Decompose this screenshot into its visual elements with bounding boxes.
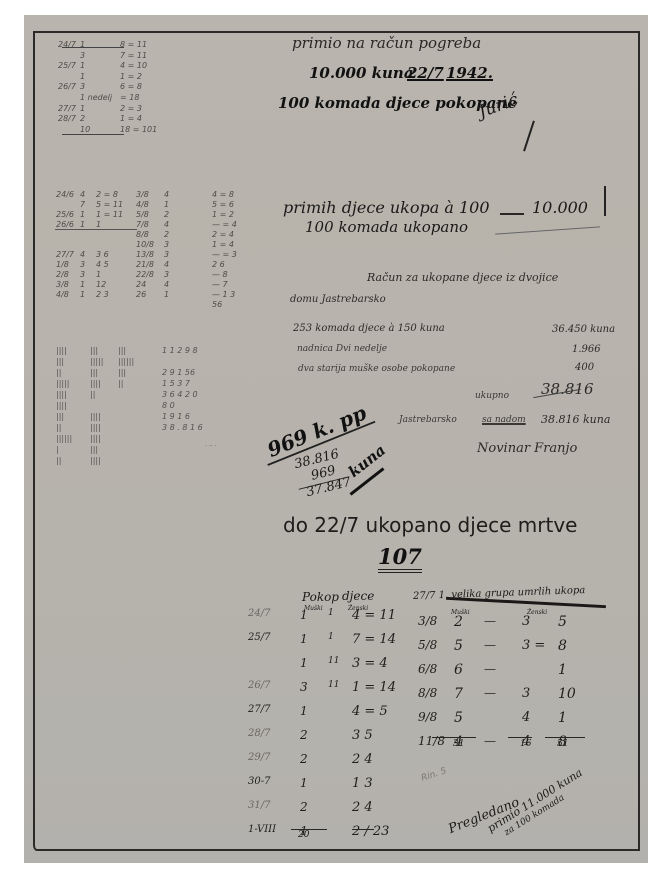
table-cell: — — [484, 686, 496, 700]
invoice-recipient: domu Jastrebarsko — [290, 294, 386, 305]
table-row: |||||| — [56, 455, 222, 466]
table-row: 24/7114 = 11 — [248, 608, 418, 632]
table-cell: 3 = 4 — [352, 656, 388, 671]
table-cell: | — [56, 444, 90, 455]
table-row: 1/834 521/842 6 — [56, 260, 262, 270]
invoice-received-prefix: Jastrebarsko — [399, 415, 457, 425]
table-row: |||| — [56, 444, 222, 455]
table-cell — [80, 300, 96, 310]
table-cell: 10/8 — [136, 240, 164, 250]
left-table-middle: 24/642 = 83/844 = 875 = 114/815 = 625/61… — [56, 190, 262, 310]
table-cell — [58, 93, 80, 104]
table-cell: 25/7 — [248, 632, 270, 643]
table-cell: 2/8 — [56, 270, 80, 280]
table-row: 29/722 4 — [248, 752, 418, 776]
table-cell: 31/7 — [248, 800, 270, 811]
table-cell: 2 — [300, 800, 308, 814]
table-cell — [96, 240, 136, 250]
table-cell: 3 6 4 2 0 — [162, 389, 222, 400]
left-table-top-rule — [62, 47, 124, 48]
table-row: 31/722 4 — [248, 800, 418, 824]
table-cell: 3 — [164, 240, 212, 250]
table-cell: 1 — [300, 776, 308, 790]
table-cell: 2 — [164, 230, 212, 240]
table-cell — [164, 300, 212, 310]
table-cell — [118, 455, 162, 466]
table-cell: 8 0 — [162, 400, 222, 411]
table-cell: 5 = 11 — [96, 200, 136, 210]
table-cell: 5/8 — [136, 210, 164, 220]
table-cell: 5 = 6 — [212, 200, 262, 210]
table-cell: — — [484, 734, 496, 748]
table-cell: 1 — [80, 280, 96, 290]
table-cell — [56, 200, 80, 210]
table-cell: 3/8 — [136, 190, 164, 200]
table-cell: — 7 — [212, 280, 262, 290]
table-cell: 12 — [96, 280, 136, 290]
table-cell: 1 1 2 9 8 — [162, 345, 222, 356]
table-row: 26/736 = 8 — [58, 82, 160, 93]
table-cell: 2 = 8 — [96, 190, 136, 200]
table-cell: 3/8 — [56, 280, 80, 290]
invoice-item-label: dva starija muške osobe pokopane — [298, 364, 455, 374]
table-cell: 2 — [454, 614, 463, 630]
table-cell: 1 — [96, 270, 136, 280]
table-row: 1-VIII12 / 23 — [248, 824, 418, 848]
table-cell: 3/8 — [418, 614, 437, 628]
second-note-tick — [604, 186, 606, 216]
faint-scribble: · ·· · — [205, 443, 216, 450]
table-row: 11 = 2 — [58, 72, 160, 83]
table-cell: 2 — [80, 114, 120, 125]
table-cell: 26/7 — [248, 680, 270, 691]
table-row: 4/812 3261— 1 3 — [56, 290, 262, 300]
table-row: 27/714 = 5 — [248, 704, 418, 728]
table-cell: 1 3 — [352, 776, 373, 791]
table-cell: 4 — [80, 250, 96, 260]
table-cell: 1 — [164, 290, 212, 300]
table-row: 24/718 = 11 — [58, 40, 160, 51]
table-cell: |||| — [56, 400, 90, 411]
table-cell: — = 3 — [212, 250, 262, 260]
table-cell — [96, 300, 136, 310]
table-cell: 1 = 2 — [120, 72, 160, 83]
table-row: 3/82—35 — [418, 614, 618, 638]
table-cell: 9/8 — [418, 710, 437, 724]
table-row: |||||||||| — [56, 433, 222, 444]
table-cell: 26/7 — [58, 82, 80, 93]
table-cell: ||| — [90, 345, 118, 356]
table-cell: 1-VIII — [248, 824, 276, 835]
summary-count: 107 — [378, 544, 422, 573]
table-cell: 7 — [80, 200, 96, 210]
table-cell — [80, 240, 96, 250]
table-row: ||||8 0 — [56, 400, 222, 411]
table-cell: 5/8 — [418, 638, 437, 652]
table-cell: 4 5 — [96, 260, 136, 270]
table-cell: 4 — [164, 280, 212, 290]
table-cell: |||| — [56, 389, 90, 400]
table-cell: |||| — [90, 411, 118, 422]
left-table-top: 24/718 = 1137 = 1125/714 = 1011 = 226/73… — [58, 40, 160, 135]
table-cell: = 18 — [120, 93, 160, 104]
table-cell: 1 — [558, 710, 567, 726]
table-row: 3/8112244— 7 — [56, 280, 262, 290]
table-cell: 30-7 — [248, 776, 270, 787]
table-cell: 13/8 — [136, 250, 164, 260]
table-cell: ||| — [56, 411, 90, 422]
table-cell: 3 — [300, 680, 308, 694]
invoice-received-word: sa nadom — [482, 415, 526, 425]
table-cell: 1 — [300, 632, 308, 646]
table-cell: 7 = 11 — [120, 51, 160, 62]
table-cell — [58, 51, 80, 62]
table-cell: 3 — [80, 51, 120, 62]
table-row: 1 nedelj= 18 — [58, 93, 160, 104]
table-row: 28/721 = 4 — [58, 114, 160, 125]
table-cell: — = 4 — [212, 220, 262, 230]
table-cell: 2 = 3 — [120, 104, 160, 115]
header-note-line1: primio na račun pogreba — [292, 34, 481, 52]
table-cell: ||||| — [90, 356, 118, 367]
table-row: ||||||||2 9 1 56 — [56, 367, 222, 378]
table-cell — [118, 400, 162, 411]
table-row: 27/712 = 3 — [58, 104, 160, 115]
table-cell: 1 = 4 — [120, 114, 160, 125]
table-cell: ||| — [90, 444, 118, 455]
table-cell: ||| — [90, 367, 118, 378]
table-cell: 4/8 — [56, 290, 80, 300]
table-cell: 21/8 — [136, 260, 164, 270]
table-cell: 2 / 23 — [352, 824, 389, 839]
table-cell: 2 — [164, 210, 212, 220]
table-cell — [56, 240, 80, 250]
table-cell — [136, 300, 164, 310]
table-cell: 4 — [164, 190, 212, 200]
right-total-rule — [432, 737, 476, 738]
burial-table-header: Pokop — [302, 590, 339, 604]
table-cell — [118, 444, 162, 455]
table-cell: 8/8 — [418, 686, 437, 700]
second-note-dash — [500, 213, 524, 215]
table-cell: || — [56, 422, 90, 433]
table-cell: 1 5 3 7 — [162, 378, 222, 389]
table-cell: 7 = 14 — [352, 632, 396, 647]
table-cell: 5 — [454, 710, 463, 726]
table-cell: || — [56, 367, 90, 378]
table-cell: |||| — [90, 433, 118, 444]
table-cell: ||| — [118, 345, 162, 356]
table-cell: 4 — [164, 260, 212, 270]
table-cell: || — [90, 389, 118, 400]
table-cell: 1 = 2 — [212, 210, 262, 220]
header-note-year: 1942. — [446, 64, 493, 82]
table-cell: 1 — [80, 40, 120, 51]
table-cell: 11 — [328, 680, 339, 690]
table-cell: 4 — [80, 190, 96, 200]
table-cell: 2 3 — [96, 290, 136, 300]
table-cell: 6/8 — [418, 662, 437, 676]
invoice-item-label: 253 komada djece à 150 kuna — [293, 323, 445, 334]
table-cell: 11 — [328, 656, 339, 666]
table-row: 30-711 3 — [248, 776, 418, 800]
table-cell: 2 9 1 56 — [162, 367, 222, 378]
table-cell — [118, 411, 162, 422]
table-cell: |||| — [90, 455, 118, 466]
table-row: 10/831 = 4 — [56, 240, 262, 250]
table-cell — [96, 230, 136, 240]
table-row: 75 = 114/815 = 6 — [56, 200, 262, 210]
table-cell: || — [56, 455, 90, 466]
table-cell: 1 = 4 — [212, 240, 262, 250]
table-cell: 2 = 4 — [212, 230, 262, 240]
table-row: 26/73111 = 14 — [248, 680, 418, 704]
table-cell — [118, 389, 162, 400]
table-cell — [80, 230, 96, 240]
burial-total-rule — [352, 829, 374, 830]
table-cell: 1 — [300, 704, 308, 718]
table-cell: 4 = 10 — [120, 61, 160, 72]
table-cell: || — [118, 378, 162, 389]
table-cell: 2 6 — [212, 260, 262, 270]
right-total-rule — [508, 737, 532, 738]
table-cell: 1 — [164, 200, 212, 210]
table-cell: 1 — [80, 104, 120, 115]
table-cell: |||||| — [56, 433, 90, 444]
table-cell: 29/7 — [248, 752, 270, 763]
table-cell — [162, 356, 222, 367]
table-row: 8/822 = 4 — [56, 230, 262, 240]
table-row: 8/87—310 — [418, 686, 618, 710]
table-cell: 24 — [136, 280, 164, 290]
table-cell: 3 — [80, 260, 96, 270]
table-row: 25/611 = 115/821 = 2 — [56, 210, 262, 220]
table-cell — [56, 300, 80, 310]
table-cell: 8 = 11 — [120, 40, 160, 51]
table-row: 1113 = 4 — [248, 656, 418, 680]
table-cell: 1 — [80, 290, 96, 300]
table-cell: 25/7 — [58, 61, 80, 72]
table-cell: 3 8 . 8 1 6 — [162, 422, 222, 433]
table-row: 37 = 11 — [58, 51, 160, 62]
table-cell: 18 = 101 — [120, 125, 160, 136]
table-row: 2/83122/83— 8 — [56, 270, 262, 280]
table-row: 25/714 = 10 — [58, 61, 160, 72]
table-cell: 56 — [212, 300, 262, 310]
table-cell: — — [484, 614, 496, 628]
table-cell: 8/8 — [136, 230, 164, 240]
table-cell: 27/7 — [58, 104, 80, 115]
left-table-top-total-rule — [62, 134, 124, 135]
summary-line: do 22/7 ukopano djece mrtve — [283, 513, 577, 537]
table-cell: 1 — [80, 210, 96, 220]
table-cell: 3 — [522, 686, 530, 701]
table-cell: 4 = 11 — [352, 608, 396, 623]
table-cell: 1 — [300, 656, 308, 670]
table-cell: 5 — [454, 638, 463, 654]
table-cell — [162, 455, 222, 466]
table-cell: 24/7 — [58, 40, 80, 51]
left-tally-table: ||||||||||1 1 2 9 8|||||||||||||||||||||… — [56, 345, 222, 466]
left-table-middle-rule — [55, 229, 137, 230]
table-cell: 3 — [80, 82, 120, 93]
table-row: 56 — [56, 300, 262, 310]
table-row: |||||||||||1 5 3 7 — [56, 378, 222, 389]
table-row: ||||||||||1 1 2 9 8 — [56, 345, 222, 356]
table-cell: 24/6 — [56, 190, 80, 200]
table-cell: — 1 3 — [212, 290, 262, 300]
table-cell: 3 6 — [96, 250, 136, 260]
table-cell: 1 — [558, 662, 567, 678]
table-cell: 2 — [300, 752, 308, 766]
table-cell: 2 — [300, 728, 308, 742]
table-cell: 8 — [558, 638, 567, 654]
table-row: 25/7117 = 14 — [248, 632, 418, 656]
table-cell: 1 9 1 6 — [162, 411, 222, 422]
table-cell: — — [484, 662, 496, 676]
invoice-item-amount: 1.966 — [572, 344, 601, 355]
table-cell: 1 — [80, 61, 120, 72]
header-note-amount: 10.000 kuna — [309, 64, 414, 82]
table-cell: 2 4 — [352, 800, 373, 815]
table-cell: 6 = 8 — [120, 82, 160, 93]
right-total-rule — [545, 737, 585, 738]
table-cell: 6 — [454, 662, 463, 678]
table-cell: 26 — [136, 290, 164, 300]
table-cell: 4 = 5 — [352, 704, 388, 719]
table-cell: 3 5 — [352, 728, 373, 743]
invoice-item-label: nadnica Dvi nedelje — [297, 344, 387, 354]
table-cell: ||| — [118, 367, 162, 378]
second-note-line1: primih djece ukopa à 100 — [283, 198, 490, 217]
burial-total: 20 — [298, 830, 309, 840]
table-row: 9/8541 — [418, 710, 618, 734]
table-cell: 1 — [80, 72, 120, 83]
table-cell: |||||| — [118, 356, 162, 367]
table-cell: 4 — [164, 220, 212, 230]
second-note-line2: 100 komada ukopano — [305, 218, 468, 236]
table-cell: 3 — [164, 270, 212, 280]
table-cell: 22/8 — [136, 270, 164, 280]
invoice-signer: Novinar Franjo — [477, 441, 577, 456]
table-cell: |||| — [56, 345, 90, 356]
invoice-item-amount: 400 — [575, 362, 594, 373]
invoice-received-amount: 38.816 kuna — [541, 413, 610, 426]
table-cell — [56, 230, 80, 240]
second-note-amount: 10.000 — [532, 198, 588, 217]
burial-table-header: djece — [342, 589, 374, 603]
table-cell: ||||| — [56, 378, 90, 389]
table-cell — [58, 72, 80, 83]
table-cell: 27/7 — [248, 704, 270, 715]
table-cell: 25/6 — [56, 210, 80, 220]
table-row: 6/86—1 — [418, 662, 618, 686]
right-total-f: 16 — [520, 739, 531, 749]
table-cell: 1 = 11 — [96, 210, 136, 220]
table-cell: 3 = — [522, 638, 545, 653]
invoice-total-label: ukupno — [475, 391, 509, 401]
table-cell: 1 — [300, 608, 308, 622]
header-note-date: 22/7 — [407, 64, 444, 82]
right-total-t: 51 — [557, 739, 568, 749]
table-cell: — 8 — [212, 270, 262, 280]
table-cell: 28/7 — [58, 114, 80, 125]
table-cell: 1 = 14 — [352, 680, 396, 695]
table-row: 28/723 5 — [248, 728, 418, 752]
table-cell: 3 — [522, 614, 530, 629]
table-cell: 4 — [522, 710, 530, 725]
right-total-m: 31 — [453, 739, 464, 749]
table-cell: 3 — [164, 250, 212, 260]
table-cell: 24/7 — [248, 608, 270, 619]
table-cell: 5 — [558, 614, 567, 630]
table-cell: ||| — [56, 356, 90, 367]
invoice-item-amount: 36.450 kuna — [552, 324, 615, 335]
table-cell: 7/8 — [136, 220, 164, 230]
table-cell — [118, 433, 162, 444]
table-cell: 1 — [328, 608, 334, 618]
table-cell: 10 — [558, 686, 576, 702]
table-row: |||||||||||||| — [56, 356, 222, 367]
table-cell: 4/8 — [136, 200, 164, 210]
table-cell: 7 — [454, 686, 463, 702]
table-cell: 1 — [328, 632, 334, 642]
table-cell: |||| — [90, 422, 118, 433]
table-row: 27/743 613/83— = 3 — [56, 250, 262, 260]
table-cell: 27/7 — [56, 250, 80, 260]
table-cell: 1 nedelj — [80, 93, 120, 104]
table-cell — [90, 400, 118, 411]
table-row: |||||||1 9 1 6 — [56, 411, 222, 422]
table-row: 24/642 = 83/844 = 8 — [56, 190, 262, 200]
table-cell: 4 = 8 — [212, 190, 262, 200]
table-cell: 28/7 — [248, 728, 270, 739]
table-cell — [118, 422, 162, 433]
table-row: 5/85—3 =8 — [418, 638, 618, 662]
table-cell: 2 4 — [352, 752, 373, 767]
table-cell: — — [484, 638, 496, 652]
table-cell: |||| — [90, 378, 118, 389]
table-row: ||||||3 8 . 8 1 6 — [56, 422, 222, 433]
table-row: ||||||3 6 4 2 0 — [56, 389, 222, 400]
burial-table: 24/7114 = 1125/7117 = 141113 = 426/73111… — [248, 608, 418, 848]
invoice-title: Račun za ukopane djece iz dvojice — [367, 271, 558, 284]
table-cell: 3 — [80, 270, 96, 280]
table-cell: 1/8 — [56, 260, 80, 270]
